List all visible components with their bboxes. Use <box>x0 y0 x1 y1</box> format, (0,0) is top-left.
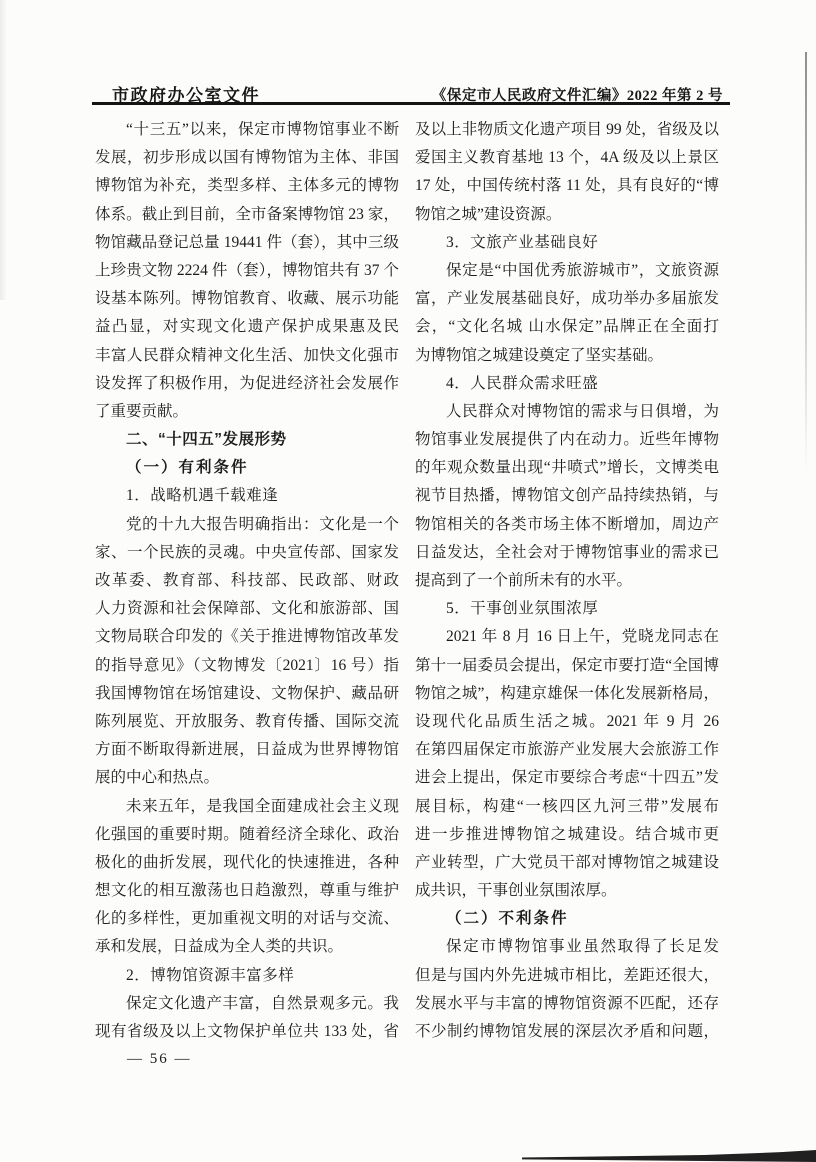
body-text-line: 保定市博物馆事业虽然取得了长足发展， <box>415 933 719 961</box>
body-text-line: 丰富人民群众精神文化生活、加快文化强市建 <box>95 342 399 370</box>
body-text-line: 想文化的相互激荡也日趋激烈，尊重与维护文 <box>95 877 399 905</box>
body-text-line: 保定文化遗产丰富，自然景观多元。我市 <box>95 990 399 1018</box>
body-text-line: 爱国主义教育基地 13 个，4A 级及以上景区共 <box>415 144 719 172</box>
body-text-line: 物馆相关的各类市场主体不断增加，周边产业 <box>415 511 719 539</box>
body-text-line: 会，“文化名城 山水保定”品牌正在全面打响， <box>415 313 719 341</box>
body-text-line: 但是与国内外先进城市相比，差距还很大，其 <box>415 962 719 990</box>
scan-bottom-edge-artifact <box>522 1150 816 1162</box>
page-number: — 56 — <box>127 1051 192 1068</box>
body-text-line: 现有省级及以上文物保护单位共 133 处，省级 <box>95 1018 399 1046</box>
body-text-line: 的年观众数量出现“井喷式”增长，文博类电 <box>415 454 719 482</box>
header-divider-rule <box>92 102 730 105</box>
body-text-line: 富，产业发展基础良好，成功举办多届旅发大 <box>415 285 719 313</box>
body-text-line: 极化的曲折发展，现代化的快速推进，各种思 <box>95 849 399 877</box>
body-text-line: 日益发达，全社会对于博物馆事业的需求已经 <box>415 539 719 567</box>
body-text-line: 设现代化品质生活之城。2021 年 9 月 26 日， <box>415 708 719 736</box>
body-text-line: 展的中心和热点。 <box>95 764 399 792</box>
body-text-line: 家、一个民族的灵魂。中央宣传部、国家发展 <box>95 539 399 567</box>
section-heading: 二、“十四五”发展形势 <box>95 426 399 454</box>
body-text-line: 进会上提出，保定市要综合考虑“十四五”发 <box>415 764 719 792</box>
body-text-line: 产业转型，广大党员干部对博物馆之城建设形 <box>415 849 719 877</box>
body-text-line: 方面不断取得新进展，日益成为世界博物馆发 <box>95 736 399 764</box>
body-text-line: 进一步推进博物馆之城建设。结合城市更新、 <box>415 821 719 849</box>
body-text-line: 未来五年，是我国全面建成社会主义现代 <box>95 793 399 821</box>
body-text-line: 的指导意见》（文物博发〔2021〕16 号）指出， <box>95 652 399 680</box>
body-text-line: 成共识，干事创业氛围浓厚。 <box>415 877 719 905</box>
body-text-line: 了重要贡献。 <box>95 398 399 426</box>
numbered-subheading: 2．博物馆资源丰富多样 <box>95 962 399 990</box>
scanned-document-page: 市政府办公室文件 《保定市人民政府文件汇编》2022 年第 2 号 “十三五”以… <box>0 0 816 1162</box>
body-text-line: “十三五”以来，保定市博物馆事业不断 <box>95 116 399 144</box>
body-text-line: 我国博物馆在场馆建设、文物保护、藏品研究、 <box>95 680 399 708</box>
text-column-right: 及以上非物质文化遗产项目 99 处，省级及以上爱国主义教育基地 13 个，4A … <box>415 116 719 1046</box>
body-text-line: 保定是“中国优秀旅游城市”，文旅资源丰 <box>415 257 719 285</box>
body-text-line: 不少制约博物馆发展的深层次矛盾和问题，博 <box>415 1018 719 1046</box>
scan-right-edge-line <box>805 52 807 472</box>
numbered-subheading: 1．战略机遇千载难逢 <box>95 482 399 510</box>
body-text-line: 第十一届委员会提出，保定市要打造“全国博 <box>415 652 719 680</box>
body-text-line: 文物局联合印发的《关于推进博物馆改革发展 <box>95 623 399 651</box>
body-text-line: 提高到了一个前所未有的水平。 <box>415 567 719 595</box>
scan-left-edge-shade <box>0 0 7 300</box>
text-column-left: “十三五”以来，保定市博物馆事业不断发展，初步形成以国有博物馆为主体、非国有博物… <box>95 116 399 1046</box>
body-text-line: 展目标，构建“一核四区九河三带”发展布局， <box>415 793 719 821</box>
body-text-line: 在第四届保定市旅游产业发展大会旅游工作推 <box>415 736 719 764</box>
body-text-line: 人力资源和社会保障部、文化和旅游部、国家 <box>95 595 399 623</box>
body-text-line: 为博物馆之城建设奠定了坚实基础。 <box>415 342 719 370</box>
numbered-subheading: 3．文旅产业基础良好 <box>415 229 719 257</box>
body-text-line: 体系。截止到目前，全市备案博物馆 23 家，博 <box>95 201 399 229</box>
body-text-line: 物馆之城”，构建京雄保一体化发展新格局，建 <box>415 680 719 708</box>
numbered-subheading: 4．人民群众需求旺盛 <box>415 370 719 398</box>
body-text-line: 陈列展览、开放服务、教育传播、国际交流等 <box>95 708 399 736</box>
body-text-line: 物馆藏品登记总量 19441 件（套），其中三级以 <box>95 229 399 257</box>
body-text-line: 承和发展，日益成为全人类的共识。 <box>95 933 399 961</box>
body-text-line: 发展，初步形成以国有博物馆为主体、非国有 <box>95 144 399 172</box>
body-text-line: 上珍贵文物 2224 件（套），博物馆共有 37 个常 <box>95 257 399 285</box>
body-text-line: 人民群众对博物馆的需求与日俱增，为博 <box>415 398 719 426</box>
body-text-line: 化的多样性，更加重视文明的对话与交流、传 <box>95 905 399 933</box>
body-text-line: 博物馆为补充，类型多样、主体多元的博物馆 <box>95 172 399 200</box>
body-text-line: 改革委、教育部、科技部、民政部、财政部、 <box>95 567 399 595</box>
body-text-line: 设基本陈列。博物馆教育、收藏、展示功能日 <box>95 285 399 313</box>
body-text-line: 物馆事业发展提供了内在动力。近些年博物馆 <box>415 426 719 454</box>
body-text-line: 益凸显，对实现文化遗产保护成果惠及民生、 <box>95 313 399 341</box>
body-text-line: 设发挥了积极作用，为促进经济社会发展作出 <box>95 370 399 398</box>
body-text-line: 17 处，中国传统村落 11 处，具有良好的“博 <box>415 172 719 200</box>
body-text-line: 视节目热播，博物馆文创产品持续热销，与博 <box>415 482 719 510</box>
body-text-line: 发展水平与丰富的博物馆资源不匹配，还存在 <box>415 990 719 1018</box>
body-text-line: 2021 年 8 月 16 日上午，党晓龙同志在市 <box>415 623 719 651</box>
body-text-line: 及以上非物质文化遗产项目 99 处，省级及以上 <box>415 116 719 144</box>
subsection-heading: （二）不利条件 <box>415 905 719 933</box>
subsection-heading: （一）有利条件 <box>95 454 399 482</box>
numbered-subheading: 5．干事创业氛围浓厚 <box>415 595 719 623</box>
body-text-line: 化强国的重要时期。随着经济全球化、政治多 <box>95 821 399 849</box>
body-text-line: 物馆之城”建设资源。 <box>415 201 719 229</box>
body-text-line: 党的十九大报告明确指出：文化是一个国 <box>95 511 399 539</box>
